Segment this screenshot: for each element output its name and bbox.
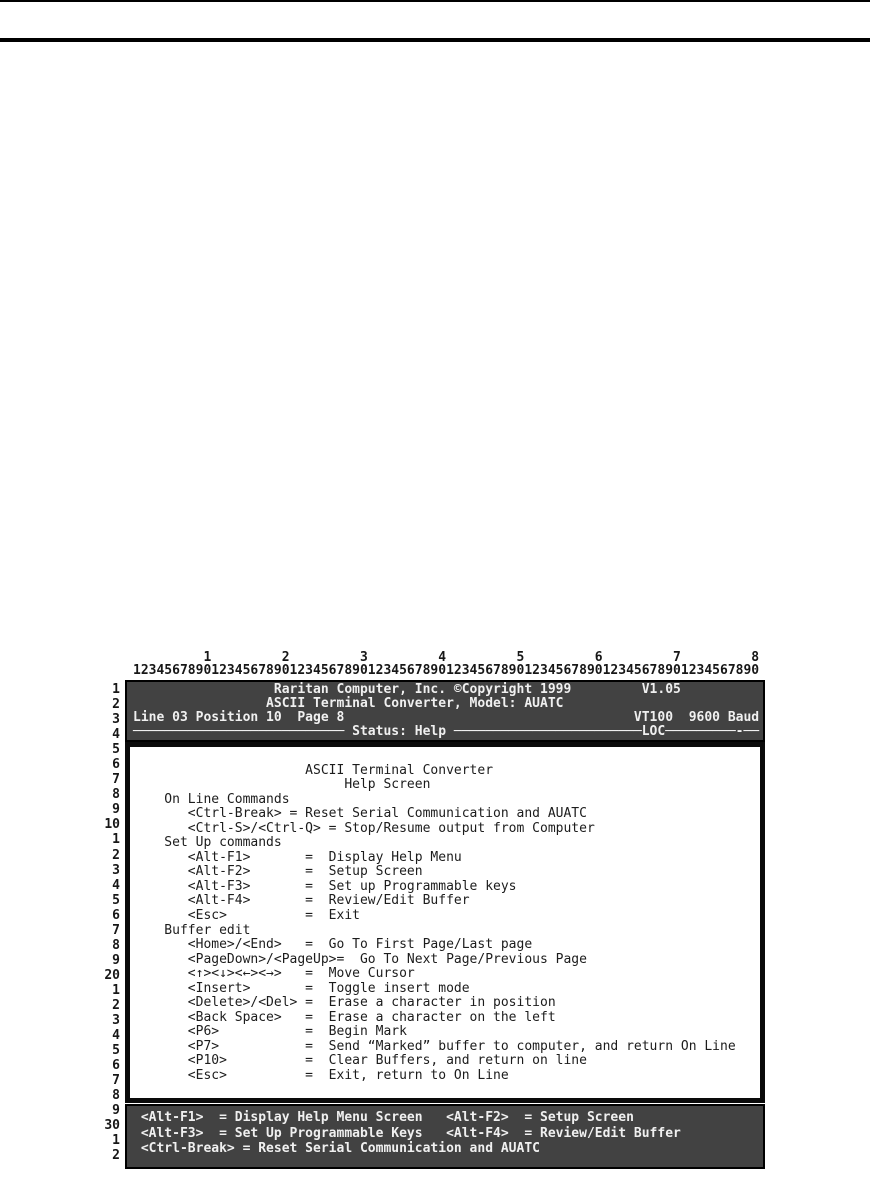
row-number: 9	[86, 1103, 120, 1118]
footer-line-reset: <Ctrl-Break> = Reset Serial Communicatio…	[133, 1141, 763, 1157]
screen-line-subtitle: Help Screen	[133, 778, 760, 793]
row-number: 1	[86, 682, 120, 697]
screen-line: <Alt-F1> = Display Help Menu	[133, 851, 760, 866]
row-number: 7	[86, 923, 120, 938]
terminal-footer-bar: <Alt-F1> = Display Help Menu Screen <Alt…	[125, 1104, 765, 1169]
row-number: 4	[86, 878, 120, 893]
screen-line: <P10> = Clear Buffers, and return on lin…	[133, 1054, 760, 1069]
screen-line: <Alt-F4> = Review/Edit Buffer	[133, 894, 760, 909]
row-number: 1	[86, 1133, 120, 1148]
screen-line: <Esc> = Exit, return to On Line	[133, 1069, 760, 1084]
row-number: 5	[86, 742, 120, 757]
screen-line-title: ASCII Terminal Converter	[133, 764, 760, 779]
row-number: 9	[86, 802, 120, 817]
screen-line: <Alt-F2> = Setup Screen	[133, 865, 760, 880]
screen-line	[133, 749, 760, 764]
screen-line: <P6> = Begin Mark	[133, 1025, 760, 1040]
row-number: 7	[86, 1073, 120, 1088]
row-number: 3	[86, 1013, 120, 1028]
header-line-brand: Raritan Computer, Inc. ©Copyright 1999 V…	[133, 683, 763, 697]
screen-line: <Ctrl-S>/<Ctrl-Q> = Stop/Resume output f…	[133, 822, 760, 837]
row-number: 3	[86, 712, 120, 727]
screen-line-section-buffer: Buffer edit	[133, 924, 760, 939]
row-number: 8	[86, 787, 120, 802]
row-number: 9	[86, 953, 120, 968]
page-header-rule	[0, 38, 870, 42]
screen-line: <P7> = Send “Marked” buffer to computer,…	[133, 1040, 760, 1055]
row-number: 4	[86, 1028, 120, 1043]
footer-line-help-setup: <Alt-F1> = Display Help Menu Screen <Alt…	[133, 1110, 763, 1126]
header-line-position-info: Line 03 Position 10 Page 8 VT100 9600 Ba…	[133, 711, 763, 725]
terminal-header-bar: Raritan Computer, Inc. ©Copyright 1999 V…	[125, 680, 765, 742]
row-number: 2	[86, 998, 120, 1013]
screen-line: <Back Space> = Erase a character on the …	[133, 1011, 760, 1026]
row-number: 8	[86, 1088, 120, 1103]
row-number: 6	[86, 757, 120, 772]
manual-page: 1 2 3 4 5 6 7 8 123456789012345678901234…	[0, 0, 870, 1185]
row-number: 2	[86, 848, 120, 863]
screen-line: <Home>/<End> = Go To First Page/Last pag…	[133, 938, 760, 953]
screen-line-section-setup: Set Up commands	[133, 836, 760, 851]
row-number: 10	[86, 817, 120, 832]
screen-line: <Insert> = Toggle insert mode	[133, 982, 760, 997]
row-number: 6	[86, 908, 120, 923]
row-number: 7	[86, 772, 120, 787]
screen-line	[133, 1084, 760, 1099]
page-top-rule	[0, 0, 870, 2]
row-number: 30	[86, 1118, 120, 1133]
row-number: 1	[86, 983, 120, 998]
row-number: 8	[86, 938, 120, 953]
screen-line: <Ctrl-Break> = Reset Serial Communicatio…	[133, 807, 760, 822]
row-number: 6	[86, 1058, 120, 1073]
terminal-help-screen: ASCII Terminal Converter Help Screen On …	[125, 742, 765, 1103]
row-number: 20	[86, 968, 120, 983]
row-number: 5	[86, 893, 120, 908]
screen-line: <↑><↓><←><→> = Move Cursor	[133, 967, 760, 982]
row-number: 5	[86, 1043, 120, 1058]
screen-line: <PageDown>/<PageUp>= Go To Next Page/Pre…	[133, 953, 760, 968]
row-number: 3	[86, 863, 120, 878]
row-number-ruler: 1 2 3 4 5 6 7 8 9 10 1 2 3 4 5 6 7 8 9 2…	[86, 682, 120, 1164]
screen-line-section-online: On Line Commands	[133, 793, 760, 808]
screen-line: <Delete>/<Del> = Erase a character in po…	[133, 996, 760, 1011]
screen-line: <Alt-F3> = Set up Programmable keys	[133, 880, 760, 895]
row-number: 2	[86, 1148, 120, 1163]
header-line-status-rule: ─────────────────────────── Status: Help…	[133, 725, 763, 739]
column-ruler-ones: 1234567890123456789012345678901234567890…	[133, 664, 759, 677]
row-number: 2	[86, 697, 120, 712]
screen-line: <Esc> = Exit	[133, 909, 760, 924]
row-number: 4	[86, 727, 120, 742]
row-number: 1	[86, 832, 120, 847]
header-line-model: ASCII Terminal Converter, Model: AUATC	[133, 697, 763, 711]
footer-line-keys-buffer: <Alt-F3> = Set Up Programmable Keys <Alt…	[133, 1126, 763, 1142]
